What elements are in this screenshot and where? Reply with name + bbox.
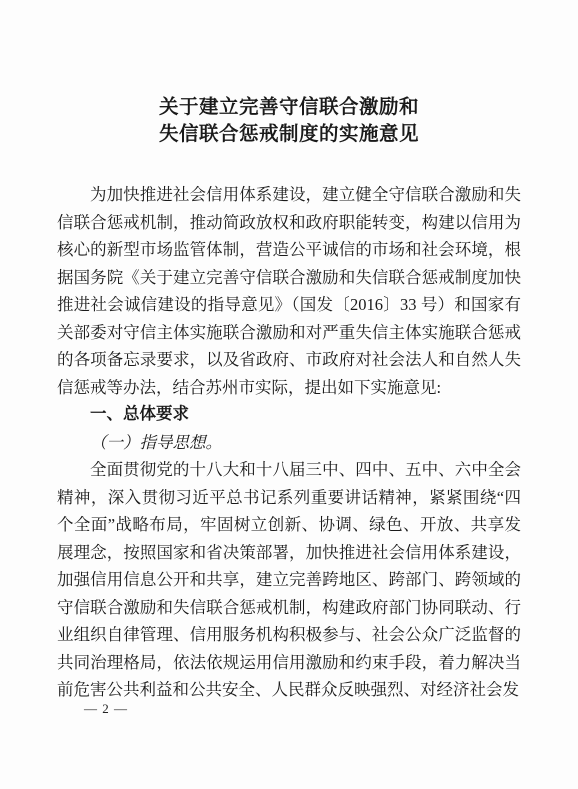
document-page: 关于建立完善守信联合激励和 失信联合惩戒制度的实施意见 为加快推进社会信用体系建… [0, 0, 578, 789]
document-title: 关于建立完善守信联合激励和 失信联合惩戒制度的实施意见 [57, 0, 521, 148]
document-title-line-2: 失信联合惩戒制度的实施意见 [159, 124, 419, 145]
page-number: — 2 — [84, 701, 128, 717]
section-1-heading: 一、总体要求 [57, 401, 521, 429]
section-1-sub-heading: （一）指导思想。 [57, 429, 521, 457]
document-title-line-1: 关于建立完善守信联合激励和 [159, 97, 419, 118]
section-1-paragraph: 全面贯彻党的十八大和十八届三中、四中、五中、六中全会精神，深入贯彻习近平总书记系… [57, 456, 521, 704]
document-content: 关于建立完善守信联合激励和 失信联合惩戒制度的实施意见 为加快推进社会信用体系建… [57, 0, 521, 704]
intro-paragraph: 为加快推进社会信用体系建设，建立健全守信联合激励和失信联合惩戒机制，推动简政放权… [57, 181, 521, 401]
